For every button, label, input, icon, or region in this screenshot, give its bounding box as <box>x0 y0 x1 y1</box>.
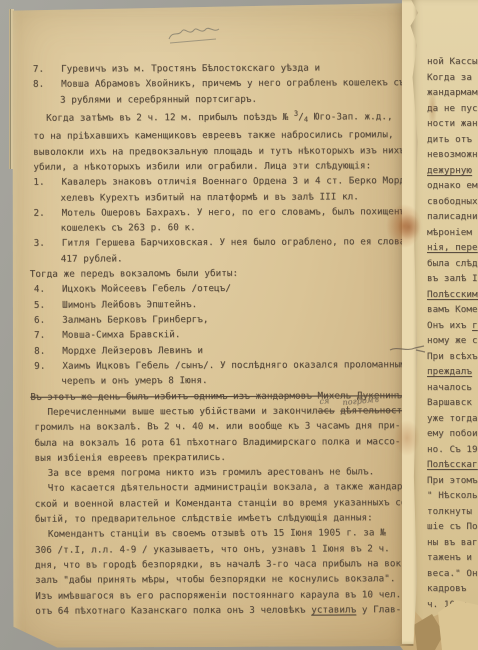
text-run: 1. Кавалеръ знаковъ отличія Военнаго Орд… <box>33 175 410 188</box>
typed-line: выя избіенія евреевъ прекратились. <box>35 449 407 466</box>
text-run: вамъ Коме <box>427 304 478 315</box>
text-run: 8. Мовша Абрамовъ Хвойникъ, причемъ у не… <box>33 77 405 90</box>
text-run: черепъ и онъ умеръ 8 Іюня. <box>61 375 207 387</box>
typed-line: таженъ и <box>427 550 478 566</box>
typed-line: Тогда же передъ вокзаломъ были убиты: <box>30 265 406 282</box>
typed-line: ной Кассы <box>427 54 478 70</box>
text-run: таженъ и <box>427 552 472 563</box>
typed-line: Онъ ихъ г <box>427 318 478 334</box>
typed-line: преждалъ <box>427 364 478 380</box>
text-run: 5. Шимонъ Лейбовъ Эпштейнъ. <box>34 299 197 311</box>
typed-line: 4. Ицхокъ Мойсеевъ Гебель /отецъ/ <box>34 281 406 298</box>
text-run: ной Кассы <box>427 56 478 67</box>
typed-line: бытій, то предварительное слѣдствіе имѣе… <box>35 510 407 527</box>
text-run: 8. Мордхе Лейзеровъ Левинъ и <box>34 345 203 357</box>
text-run: При всѣхъ <box>427 351 478 362</box>
text-run: 3. Гитля Гершева Барчиховская. У нея был… <box>34 237 423 250</box>
typed-line: 1. Кавалеръ знаковъ отличія Военнаго Орд… <box>33 173 405 190</box>
text-run: Перечисленными выше шестью убійствами и … <box>47 405 317 417</box>
text-run: 417 рублей. <box>61 253 123 264</box>
text-run: дѣятельность <box>340 405 408 416</box>
typed-line: дня, что въ городѣ безпорядки, въ началѣ… <box>35 556 407 573</box>
typed-line: нія, пере <box>427 240 478 256</box>
typed-line: 9. Хаимъ Ицковъ Гебель /сынъ/. У послѣдн… <box>34 357 406 374</box>
typed-line: 306 /т.I, л.л. 4-9 / указываетъ, что онъ… <box>35 541 407 558</box>
typed-line: палисадни <box>427 209 478 225</box>
text-run: у Глав- <box>356 604 401 615</box>
text-run: 9. Хаимъ Ицковъ Гебель /сынъ/. У послѣдн… <box>34 359 411 372</box>
typed-line: При всѣхъ <box>427 349 478 365</box>
typed-line: но. Съ 19 <box>427 442 478 458</box>
text-run: Когда за <box>427 72 472 83</box>
typed-line: кошелекъ съ 263 р. 60 к. <box>61 219 406 236</box>
text-run: 306 /т.I, л.л. 4-9 / указываетъ, что онъ… <box>35 543 390 556</box>
text-run: ему побои <box>427 428 478 439</box>
text-run: невозможн <box>427 149 478 160</box>
text-run: Полѣсскимъ <box>427 289 478 300</box>
typed-line: 5. Шимонъ Лейбовъ Эпштейнъ. <box>34 296 406 313</box>
typed-line: 7. Гуревичъ изъ м. Тростянъ Бѣлостокскаг… <box>33 60 405 77</box>
text-run: преждалъ <box>427 366 472 377</box>
text-run: 2. Мотель Ошеровъ Бахрахъ. У него, по ег… <box>33 206 405 219</box>
text-run: залъ "дабы принять мѣры, чтобы безпорядк… <box>35 574 395 587</box>
text-run: началось <box>427 382 472 393</box>
text-run: въ залѣ І <box>427 273 478 284</box>
next-page-text-column: ной КассыКогда зажандармамда не пусности… <box>427 54 478 612</box>
text-run: Тогда же передъ вокзаломъ были убиты: <box>30 268 238 280</box>
text-run: Что касается дѣятельности администраціи … <box>48 482 414 495</box>
text-run: Юго-Зап. ж.д., <box>308 111 393 122</box>
text-run: палисадни <box>427 211 478 222</box>
text-run: ской и военной властей и Коменданта стан… <box>35 497 412 510</box>
text-run: Варшавск <box>427 397 472 408</box>
typed-line: хелевъ Курехтъ избитый на платформѣ и въ… <box>60 189 405 206</box>
typed-line: ны въ ваг <box>427 535 478 551</box>
typed-line: невозможн <box>427 147 478 163</box>
text-run: За все время погрома никто изъ громилъ а… <box>48 466 375 478</box>
typed-line: 6. Залманъ Берковъ Гринбергъ, <box>34 311 406 328</box>
text-run: свободных <box>427 196 478 207</box>
text-run: кошелекъ съ 263 р. 60 к. <box>61 222 196 234</box>
text-run: хелевъ Курехтъ избитый на платформѣ и въ… <box>60 191 359 203</box>
typed-line: была на вокзалъ 16 рота 61 пѣхотнаго Вла… <box>34 434 406 451</box>
typed-line: 3 рублями и серебрянный портсигаръ. <box>60 91 405 108</box>
rust-stain <box>394 420 420 456</box>
text-run: была на вокзалъ 16 рота 61 пѣхотнаго Вла… <box>34 436 400 449</box>
text-run: дня, что въ городѣ безпорядки, въ началѣ… <box>35 558 407 571</box>
text-run: 4. Ицхокъ Мойсеевъ Гебель /отецъ/ <box>34 283 231 295</box>
text-run: ны въ ваг <box>427 537 478 548</box>
typed-line: 8. Мордхе Лейзеровъ Левинъ и <box>34 342 406 359</box>
text-run: 7. Гуревичъ изъ м. Тростянъ Бѣлостокскаг… <box>33 63 320 75</box>
typed-line: уже тогда <box>427 411 478 427</box>
text-run: 6. Залманъ Берковъ Гринбергъ, <box>34 314 209 326</box>
next-page-sliver: ной КассыКогда зажандармамда не пусности… <box>410 0 478 642</box>
typed-line: ской и военной властей и Коменданта стан… <box>35 495 407 512</box>
typed-line: Когда затѣмъ въ 2 ч. 12 м. прибылъ поѣзд… <box>46 106 405 129</box>
text-run: дить отъ <box>427 134 472 145</box>
typed-line: веса." Он <box>427 566 478 582</box>
typed-line: мѣроніем <box>427 225 478 241</box>
text-run: Когда затѣмъ въ 2 ч. 12 м. прибылъ поѣзд… <box>46 112 294 124</box>
text-run: дежурную <box>427 165 472 176</box>
text-run: то на пріѣхавшихъ каменщиковъ евреевъ та… <box>33 129 393 142</box>
typed-line: убили, а нѣкоторыхъ избили или ограбили.… <box>33 158 405 175</box>
typed-line: отъ 64 пѣхотнаго Казанскаго полка онъ 3 … <box>35 602 407 619</box>
typed-line: шіе съ По <box>427 519 478 535</box>
text-run: толкнуты <box>427 506 472 517</box>
text-run: шіе съ По <box>427 521 478 532</box>
typed-line: 3. Гитля Гершева Барчиховская. У нея был… <box>34 235 406 252</box>
text-run: ась <box>318 405 335 416</box>
text-run: нія, пере <box>427 242 478 253</box>
typed-line: 2. Мотель Ошеровъ Бахрахъ. У него, по ег… <box>33 204 405 221</box>
text-run: " Нѣскольк <box>427 490 478 501</box>
text-run: Комендантъ станціи въ своемъ отзывѣ отъ … <box>48 528 386 540</box>
typed-line: " Нѣскольк <box>427 488 478 504</box>
text-run: громилъ на вокзалѣ. Въ 2 ч. 40 м. или во… <box>34 420 400 433</box>
text-run: убили, а нѣкоторыхъ избили или ограбили.… <box>33 160 371 172</box>
typed-line: При этомъ <box>427 473 478 489</box>
text-run: веса." Он <box>427 568 478 579</box>
typed-line: 7. Мовша-Симха Бравскій. <box>34 326 406 343</box>
typed-line: черепъ и онъ умеръ 8 Іюня. <box>61 372 406 389</box>
typed-line: ному же с <box>427 333 478 349</box>
typed-line: Варшавск <box>427 395 478 411</box>
pencil-dash-mark <box>388 341 428 357</box>
typed-line: 417 рублей. <box>61 250 406 267</box>
text-run: однако ем <box>427 180 478 191</box>
rust-stain <box>428 88 437 128</box>
text-run: выволокли ихъ на предвокзальную площадь … <box>33 145 405 158</box>
typed-line: то на пріѣхавшихъ каменщиковъ евреевъ та… <box>33 127 405 144</box>
text-run: 7. Мовша-Симха Бравскій. <box>34 329 180 341</box>
pencil-correction: ся <box>319 396 330 406</box>
typed-line: вамъ Коме <box>427 302 478 318</box>
text-run: бытій, то предварительное слѣдствіе имѣе… <box>35 512 373 524</box>
corrected-text: асься <box>318 405 335 416</box>
text-run: г <box>472 320 478 331</box>
typed-line: ему побои <box>427 426 478 442</box>
text-run: Полѣсскаг <box>427 459 478 470</box>
corrected-text: дѣятельностьпогромъ <box>340 405 408 416</box>
text-run: ному же с <box>427 335 478 346</box>
text-run: уже тогда <box>427 413 478 424</box>
text-run: выя избіенія евреевъ прекратились. <box>35 452 227 464</box>
text-run: При этомъ <box>427 475 478 486</box>
document-page: 7. Гуревичъ изъ м. Тростянъ Бѣлостокскаг… <box>11 3 414 648</box>
text-run: уставилъ <box>311 604 356 615</box>
typed-line: громилъ на вокзалѣ. Въ 2 ч. 40 м. или во… <box>34 418 406 435</box>
typed-line: Когда за <box>427 70 478 86</box>
typed-line: толкнуты <box>427 504 478 520</box>
text-run: мѣроніем <box>427 227 472 238</box>
pencil-scribble <box>166 22 224 48</box>
typed-line: Полѣсскаг <box>427 457 478 473</box>
text-run: кадровъ <box>427 583 466 594</box>
rust-stain <box>398 214 420 240</box>
typed-line: однако ем <box>427 178 478 194</box>
text-run: 3 рублями и серебрянный портсигаръ. <box>60 93 257 105</box>
text-run: отъ 64 пѣхотнаго Казанскаго полка онъ 3 … <box>35 605 311 617</box>
typed-line: кадровъ <box>427 581 478 597</box>
typed-line: Перечисленными выше шестью убійствами и … <box>47 403 406 420</box>
typed-line: была слѣд <box>427 256 478 272</box>
typed-line: Полѣсскимъ <box>427 287 478 303</box>
typed-line: дить отъ <box>427 132 478 148</box>
typed-line: залъ "дабы принять мѣры, чтобы безпорядк… <box>35 571 407 588</box>
text-run: Онъ ихъ <box>427 320 472 331</box>
typed-line: 8. Мовша Абрамовъ Хвойникъ, причемъ у не… <box>33 75 405 92</box>
typed-line: свободных <box>427 194 478 210</box>
typed-line: Что касается дѣятельности администраціи … <box>48 480 407 497</box>
typed-line: За все время погрома никто изъ громилъ а… <box>48 464 407 481</box>
text-run: Изъ имѣвшагося въ его распоряженіи посто… <box>35 589 401 602</box>
typed-line: выволокли ихъ на предвокзальную площадь … <box>33 143 405 160</box>
typed-line: Комендантъ станціи въ своемъ отзывѣ отъ … <box>48 526 407 543</box>
typed-line: дежурную <box>427 163 478 179</box>
typed-line: началось <box>427 380 478 396</box>
typed-text-block: 7. Гуревичъ изъ м. Тростянъ Бѣлостокскаг… <box>33 60 407 619</box>
typed-line: въ залѣ І <box>427 271 478 287</box>
text-run: была слѣд <box>427 258 478 269</box>
typed-line: Изъ имѣвшагося въ его распоряженіи посто… <box>35 587 407 604</box>
text-run: но. Съ 19 <box>427 444 478 455</box>
